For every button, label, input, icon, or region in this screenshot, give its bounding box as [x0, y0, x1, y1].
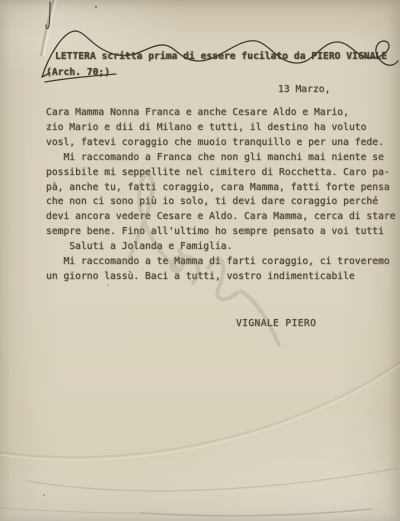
paper-crease-top — [41, 0, 53, 56]
letter-line: Mi raccomando a Franca che non gli manch… — [46, 151, 396, 166]
letter-line: zio Mario e dii di Milano e tutti, il de… — [46, 121, 396, 136]
header-annotation-line1: LETTERA scritta prima di essere fucilato… — [55, 51, 387, 62]
letter-line: Saluti a Jolanda e Famiglia. — [46, 240, 396, 255]
letter-line: un giorno lassù. Baci a tutti, vostro in… — [46, 270, 396, 285]
paper-creases-bottom — [0, 362, 400, 516]
letter-body: Cara Mamma Nonna Franca e anche Cesare A… — [46, 106, 396, 285]
scanned-letter-page: LETTERA scritta prima di essere fucilato… — [0, 0, 400, 521]
header-annotation-line2: (Arch. 70;) — [46, 67, 110, 78]
letter-line: possibile mi seppellite nel cimitero di … — [46, 166, 396, 181]
ink-speck — [95, 6, 97, 8]
letter-line: Cara Mamma Nonna Franca e anche Cesare A… — [46, 106, 396, 121]
letter-line: che non ci sono più io solo, ti devi dar… — [46, 195, 396, 210]
letter-line: vosl, fatevi coraggio che muoio tranquil… — [46, 136, 396, 151]
letter-date: 13 Marzo, — [278, 84, 330, 95]
letter-line: sempre bene. Fino all'ultimo ho sempre p… — [46, 225, 396, 240]
ink-speck — [43, 494, 45, 496]
letter-line: Mi raccomando a te Mamma di farti coragg… — [46, 255, 396, 270]
letter-line: devi ancora vedere Cesare e Aldo. Cara M… — [46, 210, 396, 225]
letter-line: pà, anche tu, fatti coraggio, cara Mamma… — [46, 181, 396, 196]
letter-signature: VIGNALE PIERO — [236, 318, 316, 329]
pen-tick-mark — [46, 2, 50, 29]
ink-speck — [107, 284, 109, 286]
paper-crease-top-highlight — [44, 0, 56, 56]
